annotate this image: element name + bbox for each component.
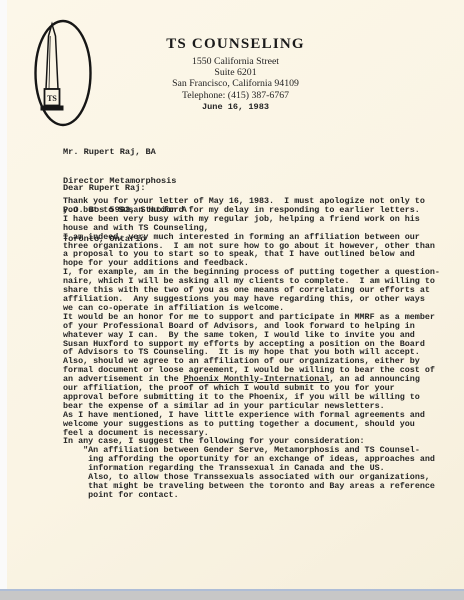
address-line-city: San Francisco, California 94109 (7, 78, 464, 89)
letter-body: Thank you for your letter of May 16, 198… (63, 197, 459, 500)
letter-page: TS TS COUNSELING 1550 California Street … (7, 0, 464, 591)
address-line-street: 1550 California Street (7, 56, 464, 67)
body-text-after: , an ad announcing our affiliation, the … (63, 374, 435, 500)
body-text-before: Thank you for your letter of May 16, 198… (63, 196, 440, 384)
address-line-suite: Suite 6201 (7, 67, 464, 78)
scanned-letter: TS TS COUNSELING 1550 California Street … (0, 0, 464, 600)
org-name: TS COUNSELING (7, 36, 464, 52)
letterhead: TS COUNSELING 1550 California Street Sui… (7, 36, 464, 113)
date-line: June 16, 1983 (7, 102, 464, 113)
scan-bottom-edge (0, 589, 464, 600)
salutation: Dear Rupert Raj: (63, 184, 146, 194)
address-line-telephone: Telephone: (415) 387-6767 (7, 90, 464, 101)
recipient-name: Mr. Rupert Raj, BA (63, 148, 187, 158)
